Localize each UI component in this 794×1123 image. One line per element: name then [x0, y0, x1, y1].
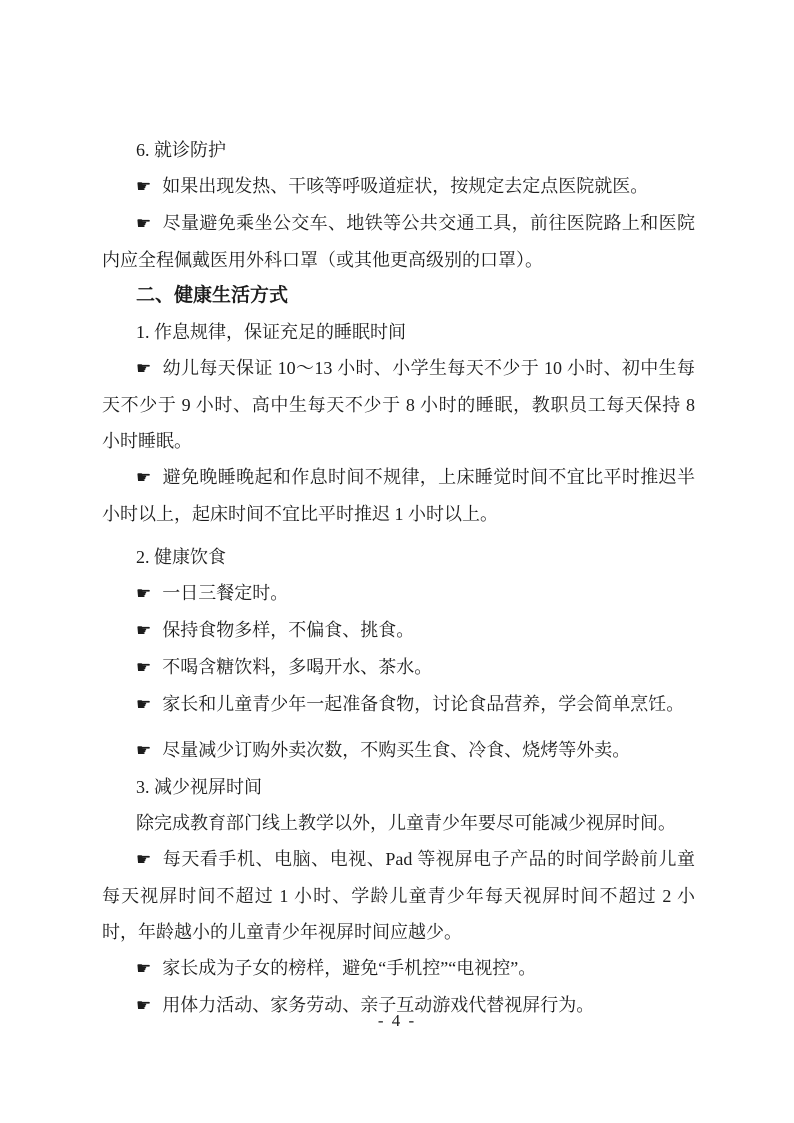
- numbered-heading: 3. 减少视屏时间: [102, 769, 695, 805]
- bullet-item: ☛如果出现发热、干咳等呼吸道症状，按规定去定点医院就医。: [102, 168, 695, 205]
- numbered-heading: 6. 就诊防护: [102, 132, 695, 168]
- body-paragraph: 除完成教育部门线上教学以外，儿童青少年要尽可能减少视屏时间。: [102, 805, 695, 841]
- pointing-hand-icon: ☛: [136, 741, 151, 761]
- bullet-item-text: 一日三餐定时。: [162, 583, 288, 603]
- pointing-hand-icon: ☛: [136, 695, 151, 715]
- bullet-item: ☛保持食物多样，不偏食、挑食。: [102, 612, 695, 649]
- bullet-item: ☛幼儿每天保证 10～13 小时、小学生每天不少于 10 小时、初中生每天不少于…: [102, 350, 695, 459]
- pointing-hand-icon: ☛: [136, 658, 151, 678]
- pointing-hand-icon: ☛: [136, 177, 151, 197]
- page-number: - 4 -: [0, 1006, 794, 1036]
- section-heading: 二、健康生活方式: [102, 278, 695, 314]
- bullet-item-text: 如果出现发热、干咳等呼吸道症状，按规定去定点医院就医。: [162, 176, 648, 196]
- bullet-item-text: 家长和儿童青少年一起准备食物，讨论食品营养，学会简单烹饪。: [162, 694, 684, 714]
- bullet-item: ☛家长和儿童青少年一起准备食物，讨论食品营养，学会简单烹饪。: [102, 686, 695, 723]
- bullet-item: ☛避免晚睡晚起和作息时间不规律，上床睡觉时间不宜比平时推迟半小时以上，起床时间不…: [102, 459, 695, 532]
- bullet-item: ☛尽量减少订购外卖次数，不购买生食、冷食、烧烤等外卖。: [102, 732, 695, 769]
- numbered-heading: 2. 健康饮食: [102, 539, 695, 575]
- pointing-hand-icon: ☛: [136, 468, 151, 488]
- bullet-item: ☛一日三餐定时。: [102, 575, 695, 612]
- bullet-item: ☛每天看手机、电脑、电视、Pad 等视屏电子产品的时间学龄前儿童每天视屏时间不超…: [102, 841, 695, 950]
- pointing-hand-icon: ☛: [136, 621, 151, 641]
- pointing-hand-icon: ☛: [136, 214, 151, 234]
- bullet-item-text: 保持食物多样，不偏食、挑食。: [162, 620, 414, 640]
- pointing-hand-icon: ☛: [136, 959, 151, 979]
- bullet-item: ☛尽量避免乘坐公交车、地铁等公共交通工具，前往医院路上和医院内应全程佩戴医用外科…: [102, 205, 695, 278]
- bullet-item-text: 幼儿每天保证 10～13 小时、小学生每天不少于 10 小时、初中生每天不少于 …: [102, 358, 695, 451]
- bullet-item-text: 尽量减少订购外卖次数，不购买生食、冷食、烧烤等外卖。: [162, 740, 630, 760]
- bullet-item: ☛不喝含糖饮料，多喝开水、茶水。: [102, 649, 695, 686]
- document-page: 6. 就诊防护 ☛如果出现发热、干咳等呼吸道症状，按规定去定点医院就医。 ☛尽量…: [0, 0, 794, 1123]
- pointing-hand-icon: ☛: [136, 584, 151, 604]
- bullet-item-text: 家长成为子女的榜样，避免“手机控”“电视控”。: [162, 958, 536, 978]
- numbered-heading: 1. 作息规律，保证充足的睡眠时间: [102, 314, 695, 350]
- bullet-item-text: 尽量避免乘坐公交车、地铁等公共交通工具，前往医院路上和医院内应全程佩戴医用外科口…: [102, 213, 695, 270]
- bullet-item-text: 不喝含糖饮料，多喝开水、茶水。: [162, 657, 432, 677]
- bullet-item: ☛家长成为子女的榜样，避免“手机控”“电视控”。: [102, 950, 695, 987]
- pointing-hand-icon: ☛: [136, 359, 151, 379]
- bullet-item-text: 避免晚睡晚起和作息时间不规律，上床睡觉时间不宜比平时推迟半小时以上，起床时间不宜…: [102, 467, 695, 524]
- pointing-hand-icon: ☛: [136, 850, 151, 870]
- document-body: 6. 就诊防护 ☛如果出现发热、干咳等呼吸道症状，按规定去定点医院就医。 ☛尽量…: [102, 132, 695, 1024]
- bullet-item-text: 每天看手机、电脑、电视、Pad 等视屏电子产品的时间学龄前儿童每天视屏时间不超过…: [102, 849, 695, 942]
